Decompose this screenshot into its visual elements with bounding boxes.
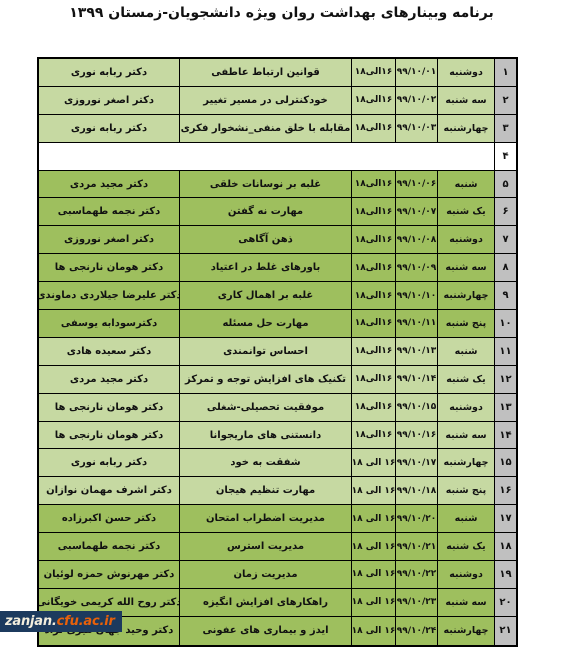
- topic-cell: مهارت نه گفتن: [180, 198, 352, 225]
- time-cell: ۱۶الی۱۸: [352, 366, 396, 393]
- time-cell: ۱۶الی۱۸: [352, 226, 396, 253]
- table-row: ۱۶پنج شنبه۹۹/۱۰/۱۸۱۶ الی ۱۸مهارت تنظیم ه…: [39, 477, 516, 505]
- topic-cell: غلبه بر اهمال کاری: [180, 282, 352, 309]
- row-number-cell: ۹: [495, 282, 516, 309]
- topic-cell: مدیریت زمان: [180, 561, 352, 588]
- day-cell: سه شنبه: [438, 589, 495, 616]
- presenter-cell: دکتر ربابه نوری: [39, 115, 180, 142]
- table-row: ۱۳دوشنبه۹۹/۱۰/۱۵۱۶الی۱۸موفقیت تحصیلی-شغل…: [39, 394, 516, 422]
- presenter-cell: دکتر سعیده هادی: [39, 338, 180, 365]
- time-cell: ۱۶ الی ۱۸: [352, 533, 396, 560]
- time-cell: ۱۶الی۱۸: [352, 282, 396, 309]
- row-number-cell: ۶: [495, 198, 516, 225]
- topic-cell: ذهن آگاهی: [180, 226, 352, 253]
- topic-cell: مهارت تنظیم هیجان: [180, 477, 352, 504]
- row-number-cell: ۸: [495, 254, 516, 281]
- day-cell: دوشنبه: [438, 226, 495, 253]
- topic-cell: ایدز و بیماری های عفونی: [180, 617, 352, 645]
- date-cell: ۹۹/۱۰/۱۱: [396, 310, 438, 337]
- day-cell: شنبه: [438, 505, 495, 532]
- table-row: ۶یک شنبه۹۹/۱۰/۰۷۱۶الی۱۸مهارت نه گفتندکتر…: [39, 198, 516, 226]
- date-cell: ۹۹/۱۰/۲۲: [396, 561, 438, 588]
- date-cell: ۹۹/۱۰/۰۲: [396, 87, 438, 114]
- time-cell: ۱۶الی۱۸: [352, 115, 396, 142]
- presenter-cell: دکتر هومان نارنجی ها: [39, 422, 180, 449]
- topic-cell: باورهای غلط در اعتیاد: [180, 254, 352, 281]
- row-number-cell: ۳: [495, 115, 516, 142]
- day-cell: دوشنبه: [438, 561, 495, 588]
- topic-cell: غلبه بر نوسانات خلقی: [180, 171, 352, 198]
- date-cell: ۹۹/۱۰/۲۳: [396, 589, 438, 616]
- day-cell: دوشنبه: [438, 394, 495, 421]
- row-number-cell: ۱۲: [495, 366, 516, 393]
- row-number-cell: ۱۸: [495, 533, 516, 560]
- table-row: ۲سه شنبه۹۹/۱۰/۰۲۱۶الی۱۸خودکنترلی در مسیر…: [39, 87, 516, 115]
- topic-cell: مهارت حل مسئله: [180, 310, 352, 337]
- date-cell: ۹۹/۱۰/۱۶: [396, 422, 438, 449]
- row-number-cell: ۱۵: [495, 449, 516, 476]
- watermark-site-prefix: zanjan.: [5, 614, 57, 629]
- date-cell: ۹۹/۱۰/۰۸: [396, 226, 438, 253]
- day-cell: چهارشنبه: [438, 449, 495, 476]
- row-number-cell: ۲۱: [495, 617, 516, 645]
- page-title: برنامه وبینارهای بهداشت روان ویژه دانشجو…: [0, 5, 563, 21]
- date-cell: ۹۹/۱۰/۰۳: [396, 115, 438, 142]
- day-cell: دوشنبه: [438, 59, 495, 86]
- topic-cell: موفقیت تحصیلی-شغلی: [180, 394, 352, 421]
- topic-cell: دانستنی های ماریجوانا: [180, 422, 352, 449]
- table-row: ۱۱شنبه۹۹/۱۰/۱۳۱۶الی۱۸احساس توانمندیدکتر …: [39, 338, 516, 366]
- watermark-site-suffix: cfu.ac.ir: [57, 614, 115, 629]
- presenter-cell: دکتر هومان نارنجی ها: [39, 394, 180, 421]
- time-cell: ۱۶الی۱۸: [352, 59, 396, 86]
- table-row: ۴: [39, 143, 516, 171]
- presenter-cell: دکتر اصغر نوروزی: [39, 87, 180, 114]
- presenter-cell: دکتر مجید مردی: [39, 366, 180, 393]
- table-row: ۵شنبه۹۹/۱۰/۰۶۱۶الی۱۸غلبه بر نوسانات خلقی…: [39, 171, 516, 199]
- table-row: ۱۸یک شنبه۹۹/۱۰/۲۱۱۶ الی ۱۸مدیریت استرسدک…: [39, 533, 516, 561]
- day-cell: سه شنبه: [438, 422, 495, 449]
- time-cell: ۱۶ الی ۱۸: [352, 617, 396, 645]
- day-cell: شنبه: [438, 171, 495, 198]
- watermark-badge: zanjan.cfu.ac.ir: [0, 611, 122, 632]
- day-cell: یک شنبه: [438, 366, 495, 393]
- topic-cell: احساس توانمندی: [180, 338, 352, 365]
- topic-cell: مقابله با خلق منفی_نشخوار فکری: [180, 115, 352, 142]
- day-cell: سه شنبه: [438, 87, 495, 114]
- date-cell: [396, 143, 438, 170]
- day-cell: چهارشنبه: [438, 617, 495, 645]
- day-cell: شنبه: [438, 338, 495, 365]
- table-row: ۱۵چهارشنبه۹۹/۱۰/۱۷۱۶ الی ۱۸شفقت به خوددک…: [39, 449, 516, 477]
- schedule-table: ۱دوشنبه۹۹/۱۰/۰۱۱۶الی۱۸قوانین ارتباط عاطف…: [37, 57, 518, 647]
- time-cell: ۱۶ الی ۱۸: [352, 477, 396, 504]
- day-cell: پنج شنبه: [438, 477, 495, 504]
- day-cell: چهارشنبه: [438, 115, 495, 142]
- presenter-cell: دکتر ربابه نوری: [39, 59, 180, 86]
- row-number-cell: ۱۱: [495, 338, 516, 365]
- table-row: ۸سه شنبه۹۹/۱۰/۰۹۱۶الی۱۸باورهای غلط در اع…: [39, 254, 516, 282]
- day-cell: پنج شنبه: [438, 310, 495, 337]
- row-number-cell: ۲۰: [495, 589, 516, 616]
- row-number-cell: ۲: [495, 87, 516, 114]
- row-number-cell: ۴: [495, 143, 516, 170]
- time-cell: ۱۶الی۱۸: [352, 171, 396, 198]
- date-cell: ۹۹/۱۰/۱۴: [396, 366, 438, 393]
- presenter-cell: [39, 143, 180, 170]
- row-number-cell: ۱۶: [495, 477, 516, 504]
- table-row: ۷دوشنبه۹۹/۱۰/۰۸۱۶الی۱۸ذهن آگاهیدکتر اصغر…: [39, 226, 516, 254]
- topic-cell: [180, 143, 352, 170]
- date-cell: ۹۹/۱۰/۲۰: [396, 505, 438, 532]
- time-cell: ۱۶الی۱۸: [352, 338, 396, 365]
- date-cell: ۹۹/۱۰/۱۸: [396, 477, 438, 504]
- date-cell: ۹۹/۱۰/۰۶: [396, 171, 438, 198]
- time-cell: ۱۶الی۱۸: [352, 198, 396, 225]
- day-cell: یک شنبه: [438, 533, 495, 560]
- date-cell: ۹۹/۱۰/۲۴: [396, 617, 438, 645]
- date-cell: ۹۹/۱۰/۱۵: [396, 394, 438, 421]
- topic-cell: خودکنترلی در مسیر تغییر: [180, 87, 352, 114]
- presenter-cell: دکتر اصغر نوروزی: [39, 226, 180, 253]
- presenter-cell: دکتر نجمه طهماسبی: [39, 198, 180, 225]
- time-cell: ۱۶الی۱۸: [352, 422, 396, 449]
- presenter-cell: دکتر علیرضا جیلاردی دماوندی: [39, 282, 180, 309]
- row-number-cell: ۷: [495, 226, 516, 253]
- time-cell: ۱۶ الی ۱۸: [352, 589, 396, 616]
- time-cell: ۱۶الی۱۸: [352, 310, 396, 337]
- presenter-cell: دکتر حسن اکبرزاده: [39, 505, 180, 532]
- row-number-cell: ۱: [495, 59, 516, 86]
- day-cell: [438, 143, 495, 170]
- topic-cell: شفقت به خود: [180, 449, 352, 476]
- row-number-cell: ۱۷: [495, 505, 516, 532]
- time-cell: ۱۶ الی ۱۸: [352, 449, 396, 476]
- topic-cell: مدیریت اضطراب امتحان: [180, 505, 352, 532]
- date-cell: ۹۹/۱۰/۱۳: [396, 338, 438, 365]
- table-row: ۳چهارشنبه۹۹/۱۰/۰۳۱۶الی۱۸مقابله با خلق من…: [39, 115, 516, 143]
- time-cell: ۱۶ الی ۱۸: [352, 505, 396, 532]
- row-number-cell: ۱۳: [495, 394, 516, 421]
- date-cell: ۹۹/۱۰/۰۹: [396, 254, 438, 281]
- time-cell: ۱۶الی۱۸: [352, 87, 396, 114]
- time-cell: [352, 143, 396, 170]
- topic-cell: راهکارهای افزایش انگیزه: [180, 589, 352, 616]
- presenter-cell: دکترسودابه یوسفی: [39, 310, 180, 337]
- table-row: ۱۹دوشنبه۹۹/۱۰/۲۲۱۶ الی ۱۸مدیریت زماندکتر…: [39, 561, 516, 589]
- date-cell: ۹۹/۱۰/۱۷: [396, 449, 438, 476]
- table-row: ۱۲یک شنبه۹۹/۱۰/۱۴۱۶الی۱۸تکنیک های افزایش…: [39, 366, 516, 394]
- day-cell: یک شنبه: [438, 198, 495, 225]
- day-cell: چهارشنبه: [438, 282, 495, 309]
- presenter-cell: دکتر نجمه طهماسبی: [39, 533, 180, 560]
- date-cell: ۹۹/۱۰/۰۷: [396, 198, 438, 225]
- time-cell: ۱۶الی۱۸: [352, 394, 396, 421]
- row-number-cell: ۱۹: [495, 561, 516, 588]
- day-cell: سه شنبه: [438, 254, 495, 281]
- presenter-cell: دکتر مجید مردی: [39, 171, 180, 198]
- table-row: ۹چهارشنبه۹۹/۱۰/۱۰۱۶الی۱۸غلبه بر اهمال کا…: [39, 282, 516, 310]
- table-row: ۱۴سه شنبه۹۹/۱۰/۱۶۱۶الی۱۸دانستنی های ماری…: [39, 422, 516, 450]
- row-number-cell: ۱۴: [495, 422, 516, 449]
- date-cell: ۹۹/۱۰/۱۰: [396, 282, 438, 309]
- date-cell: ۹۹/۱۰/۲۱: [396, 533, 438, 560]
- time-cell: ۱۶الی۱۸: [352, 254, 396, 281]
- row-number-cell: ۵: [495, 171, 516, 198]
- topic-cell: قوانین ارتباط عاطفی: [180, 59, 352, 86]
- topic-cell: مدیریت استرس: [180, 533, 352, 560]
- presenter-cell: دکتر مهرنوش حمزه لوئیان: [39, 561, 180, 588]
- table-row: ۱۰پنج شنبه۹۹/۱۰/۱۱۱۶الی۱۸مهارت حل مسئلهد…: [39, 310, 516, 338]
- row-number-cell: ۱۰: [495, 310, 516, 337]
- table-row: ۱دوشنبه۹۹/۱۰/۰۱۱۶الی۱۸قوانین ارتباط عاطف…: [39, 59, 516, 87]
- presenter-cell: دکتر اشرف مهمان نوازان: [39, 477, 180, 504]
- table-row: ۱۷شنبه۹۹/۱۰/۲۰۱۶ الی ۱۸مدیریت اضطراب امت…: [39, 505, 516, 533]
- date-cell: ۹۹/۱۰/۰۱: [396, 59, 438, 86]
- presenter-cell: دکتر هومان نارنجی ها: [39, 254, 180, 281]
- time-cell: ۱۶ الی ۱۸: [352, 561, 396, 588]
- topic-cell: تکنیک های افزایش توجه و تمرکز: [180, 366, 352, 393]
- presenter-cell: دکتر ربابه نوری: [39, 449, 180, 476]
